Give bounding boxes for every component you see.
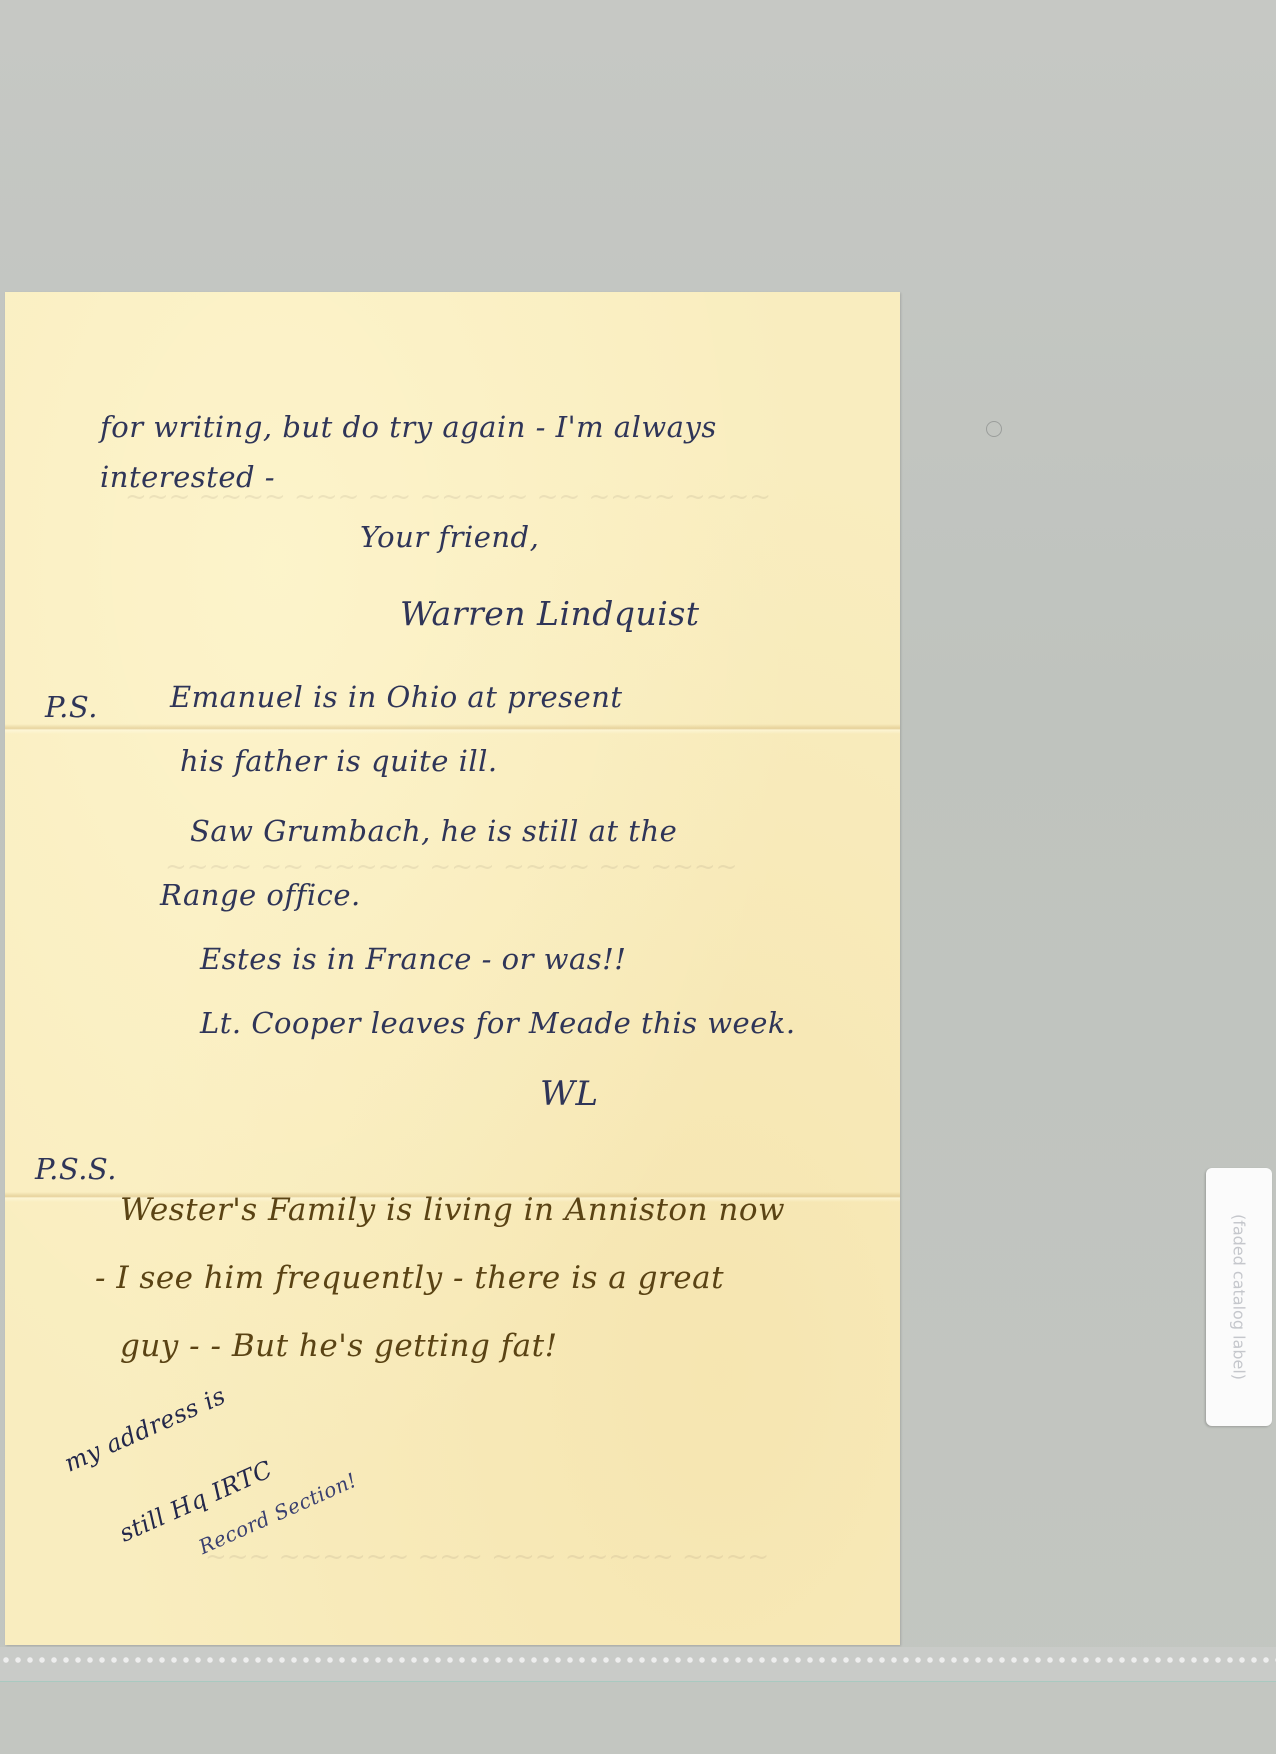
ps-line: Range office. (160, 878, 361, 912)
sleeve-perforation (0, 1655, 1276, 1665)
pss-label: P.S.S. (35, 1152, 117, 1186)
margin-note-line: my address is (60, 1381, 230, 1477)
ps-line: Saw Grumbach, he is still at the (190, 814, 677, 848)
letter-page: ~~~ ~~~~ ~~~ ~~ ~~~~~ ~~ ~~~~ ~~~~ ~~~~ … (5, 292, 900, 1645)
pss-line: Wester's Family is living in Anniston no… (120, 1192, 785, 1228)
bleed-through-text: ~~~ ~~~~~~ ~~~ ~~~ ~~~~~ ~~~~ (205, 1542, 769, 1572)
ps-label: P.S. (45, 690, 98, 724)
plastic-sleeve-edge (0, 1647, 1276, 1682)
pencil-page-number: 6 (986, 421, 1002, 437)
closing-line-1: for writing, but do try again - I'm alwa… (100, 410, 717, 444)
fold-line (5, 724, 900, 734)
signature: Warren Lindquist (400, 594, 700, 633)
archive-sticker-label: (faded catalog label) (1206, 1168, 1272, 1426)
salutation: Your friend, (360, 520, 539, 554)
pss-line: guy - - But he's getting fat! (120, 1328, 558, 1364)
pss-line: - I see him frequently - there is a grea… (95, 1260, 724, 1296)
closing-line-2: interested - (100, 460, 275, 494)
ps-line: Estes is in France - or was!! (200, 942, 626, 976)
ps-initials: WL (540, 1074, 599, 1114)
ps-line: his father is quite ill. (180, 744, 498, 778)
sticker-text: (faded catalog label) (1230, 1214, 1249, 1380)
ps-line: Emanuel is in Ohio at present (170, 680, 623, 714)
ps-line: Lt. Cooper leaves for Meade this week. (200, 1006, 796, 1040)
